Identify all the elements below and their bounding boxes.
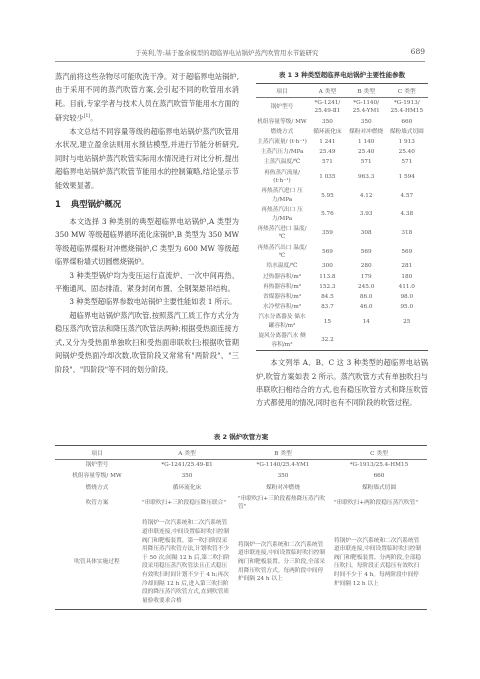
running-header: 于英利,等:基于盈余模型的超临界电站锅炉蒸汽吹管用水节能研究 689 — [55, 47, 425, 62]
table1-row-label: 机组容量等级/ MW — [256, 117, 308, 127]
table1-cell: 46.0 — [347, 302, 386, 312]
table2-cell: 将锅炉一次汽系统和二次汽系统管道串联连接,中间设置临时吹扫控制阀门和靶板装置。分… — [235, 513, 331, 609]
table1-cell: 569 — [308, 243, 347, 262]
table1-cell: *G-1913/ 25.4-HM15 — [386, 98, 428, 117]
table2-cell: 350 — [139, 471, 235, 482]
table1-cell: 25.40 — [347, 147, 386, 157]
table2-cell: *G-1140/25.4-YM1 — [235, 460, 331, 472]
table2-cell: *G-1913/25.4-HM15 — [331, 460, 427, 472]
table1-cell: 411.0 — [386, 282, 428, 292]
table1-row: 再热蒸汽出口 温度/℃569569569 — [256, 243, 428, 262]
table1-cell: 3.93 — [347, 205, 386, 224]
table1-row-label: 旋风分离器汽水 侧容积/m³ — [256, 331, 308, 350]
table1-cell: 83.7 — [308, 302, 347, 312]
table1-cell: 5.95 — [308, 187, 347, 206]
paragraph-table2-intro: 本文列举 A、B、C 这 3 种类型的超临界电站锅炉,吹管方案如表 2 所示。蒸… — [256, 356, 428, 410]
right-column: 表 1 3 种类型超临界电站锅炉主要性能参数 项目 A 类型 B 类型 C 类型… — [256, 70, 428, 410]
left-column: 蒸汽前将这些杂物尽可能吹洗干净。对于超临界电站锅炉,由于采用不同的蒸汽吹管方案,… — [55, 70, 239, 376]
section-number: 1 — [55, 199, 61, 209]
page-number: 689 — [411, 47, 425, 56]
table1-header: C 类型 — [386, 84, 428, 98]
table2-container: 表 2 锅炉吹管方案 项目 A 类型 B 类型 C 类型 锅炉型号*G-1241… — [55, 432, 427, 610]
table1-cell: 152.3 — [308, 282, 347, 292]
table1-row-label: 再热蒸汽流量/ (t·h⁻¹) — [256, 168, 308, 187]
table1-row-label: 省煤器容积/m³ — [256, 292, 308, 302]
table1-cell: 1 140 — [347, 137, 386, 147]
table1-cell: 4.12 — [347, 187, 386, 206]
table1-cell: 25.40 — [386, 147, 428, 157]
table1-cell: 113.8 — [308, 272, 347, 282]
table1-header: A 类型 — [308, 84, 347, 98]
table1-row: 再热器容积/m³152.3245.0411.0 — [256, 282, 428, 292]
table1-cell — [386, 331, 428, 350]
table2-header: A 类型 — [139, 446, 235, 460]
table2-row-label: 机组容量等级/ MW — [55, 471, 139, 482]
table2-row: 燃烧方式循环流化床煤粉对冲燃烧煤粉墙式切圆 — [55, 482, 427, 493]
table1-cell: 98.0 — [386, 292, 428, 302]
table1-cell: 14 — [347, 313, 386, 332]
table1-cell: 280 — [347, 262, 386, 272]
table2-cell: 循环流化床 — [139, 482, 235, 493]
table1-row: 再热蒸汽出口 压力/MPa5.763.934.38 — [256, 205, 428, 224]
table1-cell — [347, 331, 386, 350]
table1-row-label: 再热蒸汽进口 压力/MPa — [256, 187, 308, 206]
table1-cell: 1 035 — [308, 168, 347, 187]
table1-row: 省煤器容积/m³84.586.098.0 — [256, 292, 428, 302]
table1-cell: 571 — [386, 158, 428, 168]
table1-header: 项目 — [256, 84, 308, 98]
table2-cell: 将锅炉一次汽系统和二次汽系统管道串联连接,中间设置临时吹扫控制阀门和靶板装置。分… — [331, 513, 427, 609]
table1-header: B 类型 — [347, 84, 386, 98]
table1-cell: 571 — [308, 158, 347, 168]
table2-row: 吹管方案"串联吹扫+三阶段稳压降压联合""串联吹扫+三阶段蓄热降压蒸汽吹管""串… — [55, 494, 427, 514]
paragraph-intro-continued: 蒸汽前将这些杂物尽可能吹洗干净。对于超临界电站锅炉,由于采用不同的蒸汽吹管方案,… — [55, 70, 239, 125]
table1-cell: *G-1140/ 25.4-YM1 — [347, 98, 386, 117]
table1-row: 过热器容积/m³113.8179180 — [256, 272, 428, 282]
table1-cell: 180 — [386, 272, 428, 282]
table1-caption: 表 1 3 种类型超临界电站锅炉主要性能参数 — [256, 70, 428, 79]
table2-header: B 类型 — [235, 446, 331, 460]
table1-row: 给水温度/℃300280281 — [256, 262, 428, 272]
table1-row-label: 再热蒸汽出口 温度/℃ — [256, 243, 308, 262]
table1-row-label: 主蒸汽压力/MPa — [256, 147, 308, 157]
table1-row-label: 锅炉型号 — [256, 98, 308, 117]
table1-cell: 84.5 — [308, 292, 347, 302]
paragraph-boiler-types: 本文选择 3 种类别的典型超临界电站锅炉,A 类型为 350 MW 等级超临界循… — [55, 215, 239, 269]
table1: 项目 A 类型 B 类型 C 类型 锅炉型号*G-1241/ 25.49-Ⅱ1*… — [256, 83, 428, 351]
table1-cell: 4.57 — [386, 187, 428, 206]
table1-cell: 569 — [386, 243, 428, 262]
table1-row-label: 给水温度/℃ — [256, 262, 308, 272]
table2-header-row: 项目 A 类型 B 类型 C 类型 — [55, 446, 427, 460]
table1-cell: *G-1241/ 25.49-Ⅱ1 — [308, 98, 347, 117]
table2-header: C 类型 — [331, 446, 427, 460]
table1-row-label: 过热器容积/m³ — [256, 272, 308, 282]
table2-cell: 煤粉墙式切圆 — [331, 482, 427, 493]
section-title: 典型锅炉概况 — [71, 199, 121, 209]
table2-row: 锅炉型号*G-1241/25.49-Ⅱ1*G-1140/25.4-YM1*G-1… — [55, 460, 427, 472]
table1-cell: 571 — [347, 158, 386, 168]
table1-cell: 359 — [308, 224, 347, 243]
table1-cell: 32.2 — [308, 331, 347, 350]
table1-cell: 25.49 — [308, 147, 347, 157]
table1-row-label: 汽水分离器及 储水罐容积/m³ — [256, 313, 308, 332]
table2: 项目 A 类型 B 类型 C 类型 锅炉型号*G-1241/25.49-Ⅱ1*G… — [55, 445, 427, 610]
table1-row: 锅炉型号*G-1241/ 25.49-Ⅱ1*G-1140/ 25.4-YM1*G… — [256, 98, 428, 117]
table1-header-row: 项目 A 类型 B 类型 C 类型 — [256, 84, 428, 98]
table1-cell: 95.0 — [386, 302, 428, 312]
table1-row: 再热蒸汽进口 压力/MPa5.954.124.57 — [256, 187, 428, 206]
table1-row: 旋风分离器汽水 侧容积/m³32.2 — [256, 331, 428, 350]
table1-row-label: 主蒸汽流量/ (t·h⁻¹) — [256, 137, 308, 147]
table2-cell: *G-1241/25.49-Ⅱ1 — [139, 460, 235, 472]
table1-row: 主蒸汽流量/ (t·h⁻¹)1 2411 1401 913 — [256, 137, 428, 147]
table1-row: 燃烧方式循环流化床煤粉对冲燃烧煤粉墙式切圆 — [256, 127, 428, 137]
table2-cell: "串联吹扫+三阶段稳压降压联合" — [139, 494, 235, 514]
table1-cell: 4.38 — [386, 205, 428, 224]
table1-cell: 86.0 — [347, 292, 386, 302]
table2-row: 机组容量等级/ MW350350660 — [55, 471, 427, 482]
table1-row: 水冷壁容积/m³83.746.095.0 — [256, 302, 428, 312]
table1-row-label: 再热器容积/m³ — [256, 282, 308, 292]
table1-cell: 1 241 — [308, 137, 347, 147]
table1-cell: 281 — [386, 262, 428, 272]
table1-cell: 15 — [308, 313, 347, 332]
table2-cell: "串联吹扫+两阶段稳压蒸汽吹管" — [331, 494, 427, 514]
table2-cell: 660 — [331, 471, 427, 482]
table1-cell: 350 — [347, 117, 386, 127]
table2-row-label: 燃烧方式 — [55, 482, 139, 493]
table1-row: 主蒸汽压力/MPa25.4925.4025.40 — [256, 147, 428, 157]
paragraph-boiler-features: 3 种类型锅炉均为变压运行直流炉、一次中间再热、平衡通风、固态排渣、紧身封闭布置… — [55, 269, 239, 296]
table1-row-label: 主蒸汽温度/℃ — [256, 158, 308, 168]
table1-cell: 5.76 — [308, 205, 347, 224]
table1-row: 主蒸汽温度/℃571571571 — [256, 158, 428, 168]
table1-row: 再热蒸汽流量/ (t·h⁻¹)1 035963.31 594 — [256, 168, 428, 187]
running-title: 于英利,等:基于盈余模型的超临界电站锅炉蒸汽吹管用水节能研究 — [135, 48, 318, 57]
table2-row: 吹管具体实施过程将锅炉一次汽系统和二次汽系统管道串联连接,中间设置临时吹扫控制阀… — [55, 513, 427, 609]
table1-cell: 循环流化床 — [308, 127, 347, 137]
table2-cell: 350 — [235, 471, 331, 482]
table1-cell: 318 — [386, 224, 428, 243]
table1-cell: 煤粉墙式切圆 — [386, 127, 428, 137]
table1-cell: 660 — [386, 117, 428, 127]
table2-cell: 将锅炉一次汽系统和二次汽系统管道串联连接,中间设置临时吹扫控制阀门和靶板装置。第… — [139, 513, 235, 609]
table1-cell: 25 — [386, 313, 428, 332]
table1-cell: 245.0 — [347, 282, 386, 292]
table1-row: 汽水分离器及 储水罐容积/m³151425 — [256, 313, 428, 332]
table1-cell: 569 — [347, 243, 386, 262]
table1-cell: 963.3 — [347, 168, 386, 187]
table1-cell: 350 — [308, 117, 347, 127]
table1-cell: 煤粉对冲燃烧 — [347, 127, 386, 137]
table1-row-label: 水冷壁容积/m³ — [256, 302, 308, 312]
table1-cell: 1 594 — [386, 168, 428, 187]
table2-cell: "串联吹扫+三阶段蓄热降压蒸汽吹管" — [235, 494, 331, 514]
table2-header: 项目 — [55, 446, 139, 460]
table1-row-label: 再热蒸汽出口 压力/MPa — [256, 205, 308, 224]
table2-row-label: 吹管方案 — [55, 494, 139, 514]
paragraph-summary: 本文总结不同容量等级的超临界电站锅炉蒸汽吹管用水状况,建立盈余法则用水预估模型,… — [55, 125, 239, 192]
table1-cell: 1 913 — [386, 137, 428, 147]
table2-caption: 表 2 锅炉吹管方案 — [55, 432, 427, 441]
table1-row: 机组容量等级/ MW350350660 — [256, 117, 428, 127]
table2-row-label: 吹管具体实施过程 — [55, 513, 139, 609]
section-heading: 1典型锅炉概况 — [55, 198, 239, 210]
table1-row-label: 再热蒸汽进口 温度/℃ — [256, 224, 308, 243]
paragraph-blowing-methods: 超临界电站锅炉蒸汽吹管,按照蒸汽工质工作方式分为稳压蒸汽吹管法和降压蒸汽吹管法两… — [55, 309, 239, 376]
table2-cell: 煤粉对冲燃烧 — [235, 482, 331, 493]
table1-cell: 300 — [308, 262, 347, 272]
table2-row-label: 锅炉型号 — [55, 460, 139, 472]
table1-row-label: 燃烧方式 — [256, 127, 308, 137]
paragraph-table-ref: 3 种类型超临界参数电站锅炉主要性能如表 1 所示。 — [55, 295, 239, 308]
table1-cell: 179 — [347, 272, 386, 282]
table1-cell: 308 — [347, 224, 386, 243]
table1-row: 再热蒸汽进口 温度/℃359308318 — [256, 224, 428, 243]
